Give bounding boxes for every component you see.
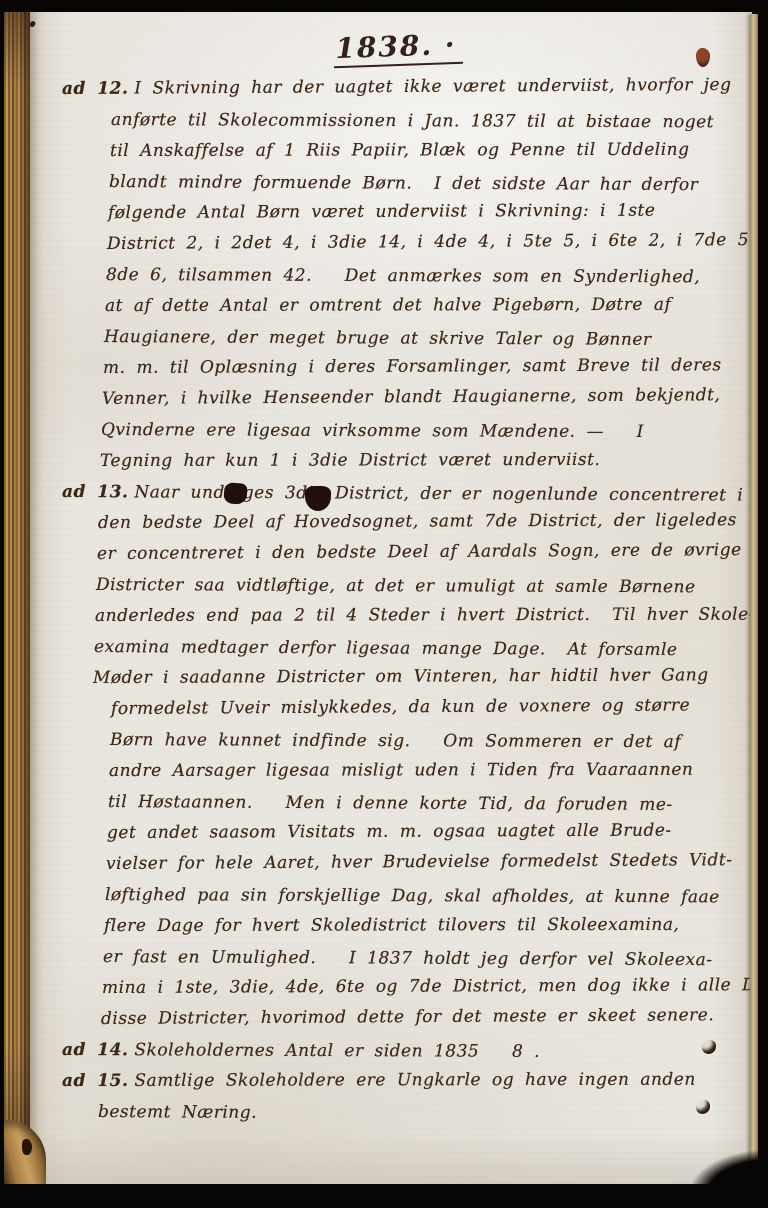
line-text: er concentreret i den bedste Deel af Aar…: [97, 540, 742, 564]
manuscript-line: District 2, i 2det 4, i 3die 14, i 4de 4…: [107, 225, 752, 260]
line-text: get andet saasom Visitats m. m. ogsaa ua…: [107, 821, 672, 843]
manuscript-line: følgende Antal Børn været underviist i S…: [108, 195, 752, 229]
scan-border-right: [758, 0, 768, 1208]
paragraph-marker: ad 14.: [62, 1035, 129, 1065]
scan-border-bottom: [0, 1184, 768, 1208]
paragraph-ad-13: ad 13.Naar undtages 3die District, der e…: [102, 477, 752, 1035]
manuscript-line: formedelst Uveir mislykkedes, da kun de …: [111, 690, 752, 725]
manuscript-line: ad 14.Skoleholdernes Antal er siden 1835…: [62, 1035, 752, 1069]
line-text: 8de 6, tilsammen 42. Det anmærkes som en…: [106, 265, 700, 287]
line-text: til Høstaannen. Men i denne korte Tid, d…: [108, 792, 673, 815]
line-text: Haugianere, der meget bruge at skrive Ta…: [104, 327, 652, 350]
line-text: m. m. til Oplæsning i deres Forsamlinger…: [103, 355, 722, 378]
book-scan: 1838. · ad 12.I Skrivning har der uagtet…: [0, 0, 768, 1208]
manuscript-line: vielser for hele Aaret, hver Brudevielse…: [106, 845, 752, 880]
manuscript-line: Tegning har kun 1 i 3die District været …: [100, 445, 752, 477]
line-text: District 2, i 2det 4, i 3die 14, i 4de 4…: [107, 230, 768, 254]
line-text: Districter saa vidtløftige, at det er um…: [96, 575, 696, 597]
manuscript-line: Møder i saadanne Districter om Vinteren,…: [93, 660, 752, 694]
manuscript-line: løftighed paa sin forskjellige Dag, skal…: [105, 880, 752, 913]
line-text: Samtlige Skoleholdere ere Ungkarle og ha…: [134, 1070, 695, 1091]
line-text: examina medtager derfor ligesaa mange Da…: [94, 637, 678, 660]
year-heading: 1838. ·: [333, 28, 463, 68]
line-text: Børn have kunnet indfinde sig. Om Sommer…: [110, 730, 681, 752]
line-text: vielser for hele Aaret, hver Brudevielse…: [106, 850, 733, 874]
line-text: formedelst Uveir mislykkedes, da kun de …: [111, 695, 690, 719]
paragraph-ad-12: ad 12.I Skrivning har der uagtet ikke væ…: [102, 74, 752, 477]
line-text: til Anskaffelse af 1 Riis Papiir, Blæk o…: [110, 140, 689, 161]
manuscript-line: get andet saasom Visitats m. m. ogsaa ua…: [107, 815, 752, 849]
line-text: Tegning har kun 1 i 3die District været …: [100, 450, 600, 471]
manuscript-line: andre Aarsager ligesaa misligt uden i Ti…: [109, 755, 752, 787]
manuscript-line: Districter saa vidtløftige, at det er um…: [96, 570, 752, 604]
manuscript-line: disse Districter, hvorimod dette for det…: [101, 1000, 752, 1035]
manuscript-line: anførte til Skolecommissionen i Jan. 183…: [111, 105, 752, 138]
book-spine-page-edges: [0, 6, 30, 1202]
manuscript-line: Qvinderne ere ligesaa virksomme som Mænd…: [101, 415, 752, 448]
scan-border-left: [0, 0, 4, 1208]
manuscript-line: til Anskaffelse af 1 Riis Papiir, Blæk o…: [110, 135, 752, 167]
manuscript-line: Venner, i hvilke Henseender blandt Haugi…: [102, 380, 752, 415]
line-text: disse Districter, hvorimod dette for det…: [101, 1005, 714, 1029]
line-text: anførte til Skolecommissionen i Jan. 183…: [111, 110, 714, 132]
line-text: den bedste Deel af Hovedsognet, samt 7de…: [98, 510, 737, 533]
line-text: anderledes end paa 2 til 4 Steder i hver…: [95, 605, 755, 626]
right-page-edge-stack: [750, 14, 758, 1174]
line-text: er fast en Umulighed. I 1837 holdt jeg d…: [103, 947, 713, 970]
scan-border-top: [0, 0, 768, 12]
manuscript-line: 8de 6, tilsammen 42. Det anmærkes som en…: [106, 260, 752, 293]
line-text: følgende Antal Børn været underviist i S…: [108, 201, 656, 223]
manuscript-line: flere Dage for hvert Skoledistrict tilov…: [104, 910, 752, 942]
line-text: Skoleholdernes Antal er siden 1835 8 .: [134, 1040, 540, 1062]
line-text: andre Aarsager ligesaa misligt uden i Ti…: [109, 760, 693, 781]
manuscript-text: ad 12.I Skrivning har der uagtet ikke væ…: [102, 74, 752, 1128]
spine-notch: [22, 1139, 32, 1155]
manuscript-line: at af dette Antal er omtrent det halve P…: [105, 290, 752, 322]
paragraph-marker: ad 13.: [62, 477, 129, 507]
line-text: I Skrivning har der uagtet ikke været un…: [134, 75, 731, 99]
paragraph-marker: ad 15.: [62, 1066, 128, 1096]
paragraph-ad-14: ad 14.Skoleholdernes Antal er siden 1835…: [102, 1035, 752, 1066]
manuscript-line: Børn have kunnet indfinde sig. Om Sommer…: [110, 725, 752, 758]
manuscript-line: er concentreret i den bedste Deel af Aar…: [97, 535, 752, 570]
manuscript-line: ad 12.I Skrivning har der uagtet ikke væ…: [62, 70, 752, 105]
line-text: løftighed paa sin forskjellige Dag, skal…: [105, 885, 720, 907]
line-text: flere Dage for hvert Skoledistrict tilov…: [104, 915, 679, 936]
manuscript-line: ad 15.Samtlige Skoleholdere ere Ungkarle…: [62, 1065, 752, 1097]
manuscript-line: m. m. til Oplæsning i deres Forsamlinger…: [103, 350, 752, 384]
line-text: blandt mindre formuende Børn. I det sids…: [109, 172, 698, 195]
line-text: Møder i saadanne Districter om Vinteren,…: [93, 665, 709, 688]
manuscript-line: den bedste Deel af Hovedsognet, samt 7de…: [98, 505, 752, 539]
manuscript-page: 1838. · ad 12.I Skrivning har der uagtet…: [6, 12, 752, 1188]
manuscript-line: bestemt Næring.: [98, 1097, 752, 1131]
line-text: mina i 1ste, 3die, 4de, 6te og 7de Distr…: [102, 975, 768, 998]
line-text: at af dette Antal er omtrent det halve P…: [105, 295, 671, 316]
line-text: bestemt Næring.: [98, 1102, 257, 1123]
manuscript-line: anderledes end paa 2 til 4 Steder i hver…: [95, 600, 752, 632]
line-text: Venner, i hvilke Henseender blandt Haugi…: [102, 385, 721, 409]
paragraph-ad-15: ad 15.Samtlige Skoleholdere ere Ungkarle…: [102, 1066, 752, 1128]
manuscript-line: mina i 1ste, 3die, 4de, 6te og 7de Distr…: [102, 970, 752, 1004]
paragraph-marker: ad 12.: [62, 74, 129, 104]
line-text: Qvinderne ere ligesaa virksomme som Mænd…: [101, 420, 644, 442]
